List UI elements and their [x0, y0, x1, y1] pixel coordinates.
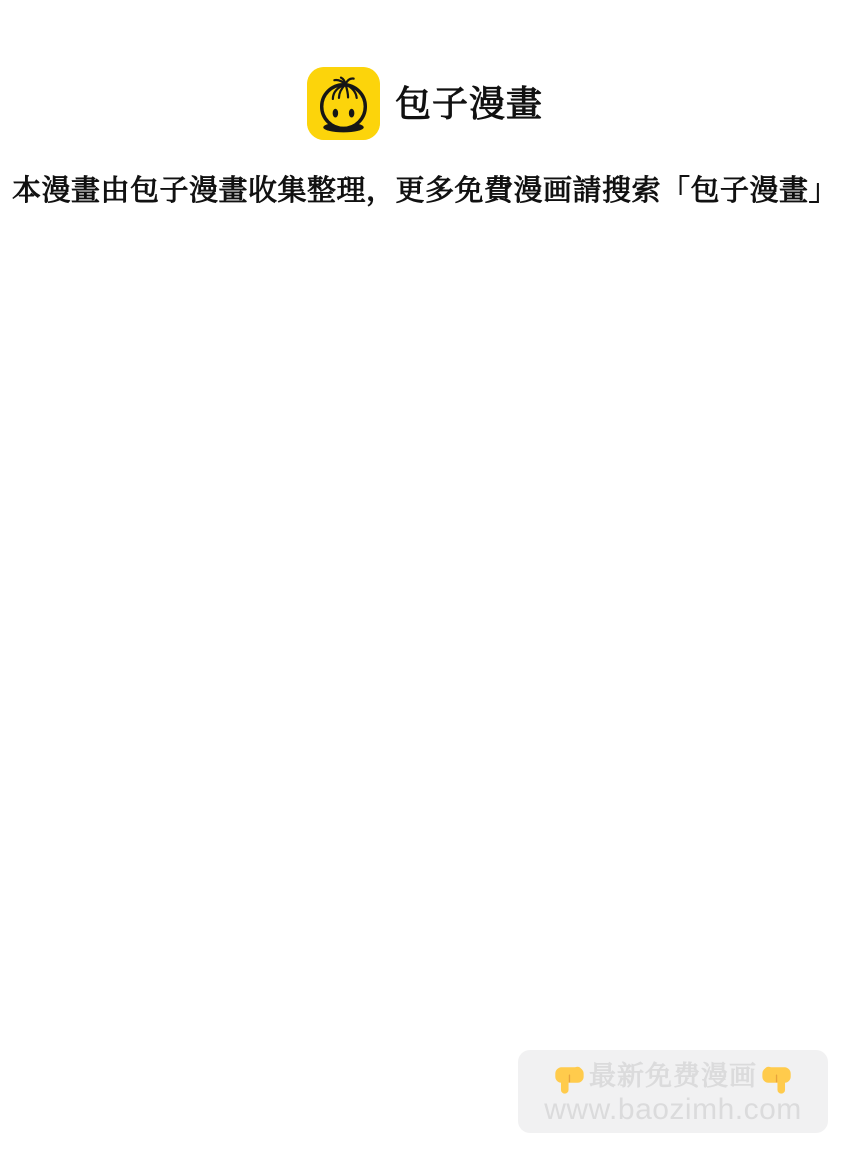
hand-pointing-down-icon — [760, 1062, 794, 1096]
baozi-bun-icon — [307, 67, 380, 140]
brand-title: 包子漫畫 — [395, 86, 543, 122]
watermark-url: www.baozimh.com — [544, 1093, 802, 1127]
brand-header: 包子漫畫 — [0, 67, 850, 140]
notice-text: 本漫畫由包子漫畫收集整理，更多免費漫画請搜索「包子漫畫」 — [0, 174, 850, 208]
watermark-box: 最新免费漫画 www.baozimh.com — [518, 1050, 828, 1133]
watermark-headline: 最新免费漫画 — [589, 1060, 757, 1092]
hand-pointing-down-icon — [552, 1062, 586, 1096]
watermark-headline-row: 最新免费漫画 — [552, 1059, 794, 1093]
